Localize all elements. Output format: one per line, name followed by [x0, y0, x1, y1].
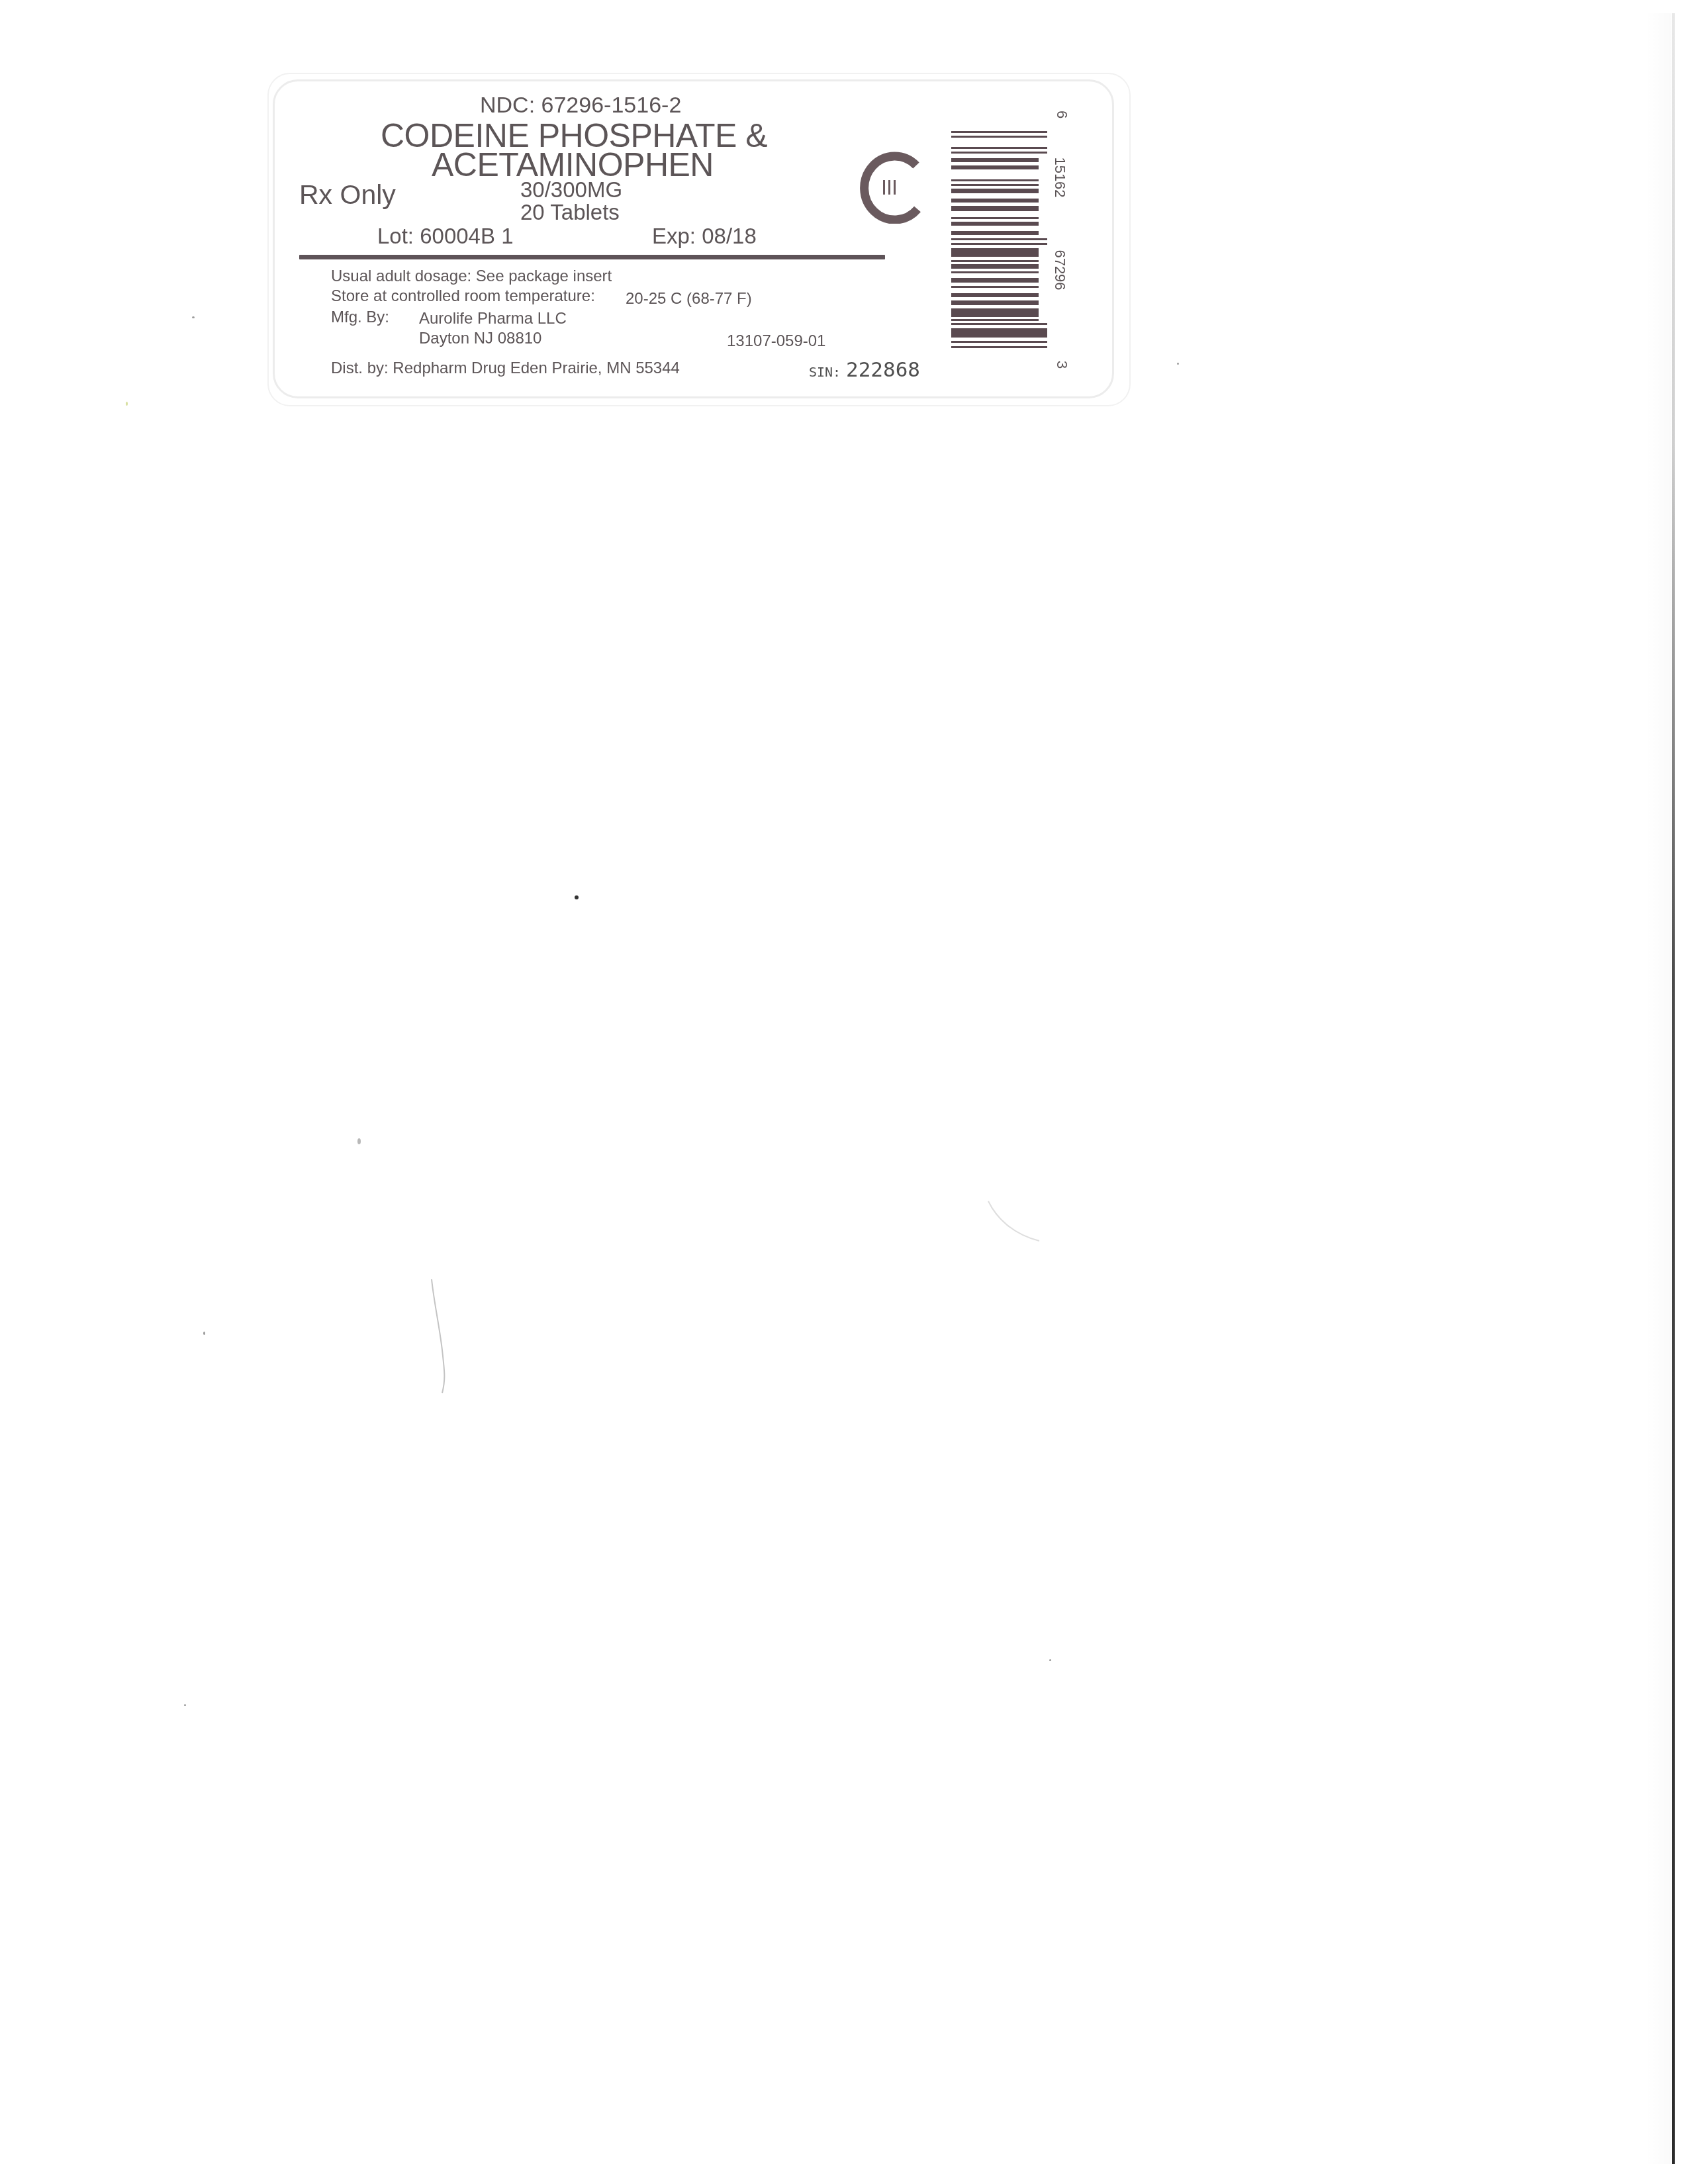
tablet-count: 20 Tablets	[520, 201, 620, 223]
barcode-digit-check: 6	[1053, 111, 1070, 118]
scan-speck	[575, 895, 579, 899]
manufacturer-label: Mfg. By:	[331, 310, 389, 326]
scan-speck	[1049, 1659, 1051, 1661]
barcode-digit-manufacturer: 67296	[1051, 250, 1068, 290]
ndc-number: NDC: 67296-1516-2	[480, 94, 681, 116]
sin-label: SIN:	[809, 365, 841, 379]
controlled-substance-c-icon	[858, 151, 923, 224]
distributor: Dist. by: Redpharm Drug Eden Prairie, MN…	[331, 361, 680, 377]
drug-name-line-2: ACETAMINOPHEN	[432, 148, 714, 181]
upc-barcode-icon	[951, 131, 1051, 356]
scan-speck	[192, 316, 195, 318]
product-code: 13107-059-01	[727, 334, 825, 349]
scan-speck	[357, 1138, 361, 1144]
lot-number: Lot: 60004B 1	[377, 225, 514, 247]
sin-value: 222868	[846, 360, 920, 381]
barcode-digit-product: 15162	[1051, 157, 1068, 197]
manufacturer-address: Dayton NJ 08810	[419, 331, 541, 347]
scan-hair-artifact	[986, 1198, 1046, 1244]
scan-speck	[203, 1332, 205, 1335]
dosage-instructions: Usual adult dosage: See package insert	[331, 269, 612, 285]
scan-speck	[184, 1704, 186, 1706]
page-edge-shadow	[1645, 13, 1671, 2164]
page-edge-line	[1672, 13, 1675, 2164]
manufacturer-name: Aurolife Pharma LLC	[419, 311, 567, 327]
scan-speck	[126, 402, 128, 406]
scan-speck	[1177, 363, 1179, 365]
barcode-digits: 6 15162 67296 3	[1058, 106, 1078, 384]
storage-instructions: Store at controlled room temperature:	[331, 289, 595, 304]
scan-hair-artifact	[424, 1277, 457, 1396]
storage-temperature: 20-25 C (68-77 F)	[626, 291, 752, 307]
barcode-digit-system: 3	[1053, 361, 1070, 369]
strength: 30/300MG	[520, 179, 622, 201]
rx-only: Rx Only	[299, 181, 396, 208]
divider-rule	[299, 255, 885, 259]
expiration-date: Exp: 08/18	[652, 225, 757, 247]
